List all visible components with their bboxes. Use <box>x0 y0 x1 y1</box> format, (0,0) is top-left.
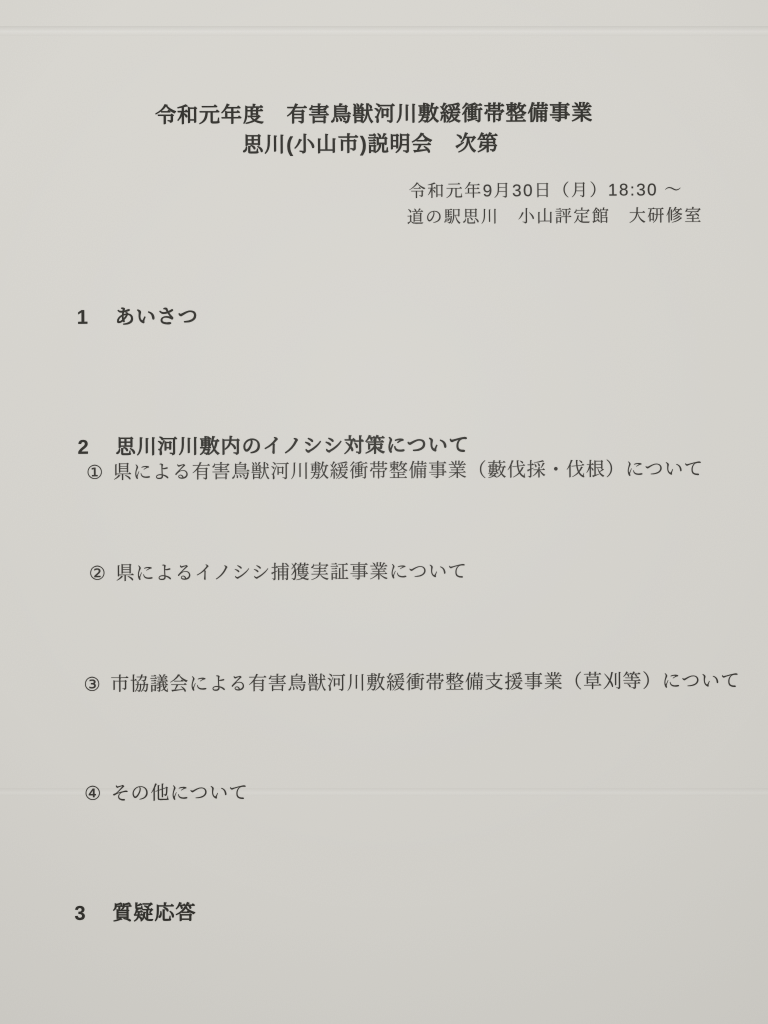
meeting-datetime: 令和元年9月30日（月）18:30 ～ <box>409 175 683 202</box>
document-photo: 令和元年度 有害鳥獣河川敷緩衝帯整備事業 思川(小山市)説明会 次第 令和元年9… <box>0 0 768 1024</box>
agenda-title-line2: 思川(小山市)説明会 次第 <box>242 127 499 159</box>
item-number: 3 <box>74 903 112 926</box>
subitem-text: 市協議会による有害鳥獣河川敷緩衝帯整備支援事業（草刈等）について <box>110 671 740 696</box>
agenda-subitem-4: ④その他について <box>48 756 249 828</box>
subitem-text: 県による有害鳥獣河川敷緩衝帯整備事業（藪伐採・伐根）について <box>113 459 704 484</box>
item-label: 質疑応答 <box>112 902 196 925</box>
agenda-subitem-2: ②県によるイノシシ捕獲実証事業について <box>53 534 468 608</box>
circled-number-2: ② <box>89 564 107 585</box>
agenda-subitem-1: ①県による有害鳥獣河川敷緩衝帯整備事業（藪伐採・伐根）について <box>50 432 704 507</box>
item-label: あいさつ <box>115 306 199 329</box>
subitem-text: その他について <box>111 783 249 805</box>
circled-number-1: ① <box>86 463 104 484</box>
item-number: 1 <box>77 307 115 330</box>
subitem-text: 県によるイノシシ捕獲実証事業について <box>116 561 468 584</box>
agenda-item-3: 3質疑応答 <box>35 873 197 949</box>
circled-number-3: ③ <box>83 675 101 696</box>
meeting-venue: 道の駅思川 小山評定館 大研修室 <box>407 201 703 228</box>
agenda-subitem-3: ③市協議会による有害鳥獣河川敷緩衝帯整備支援事業（草刈等）について <box>47 644 740 719</box>
agenda-page: 令和元年度 有害鳥獣河川敷緩衝帯整備事業 思川(小山市)説明会 次第 令和元年9… <box>0 0 768 1024</box>
agenda-item-1: 1あいさつ <box>37 277 199 353</box>
agenda-title-line1: 令和元年度 有害鳥獣河川敷緩衝帯整備事業 <box>155 97 593 130</box>
circled-number-4: ④ <box>84 784 102 805</box>
